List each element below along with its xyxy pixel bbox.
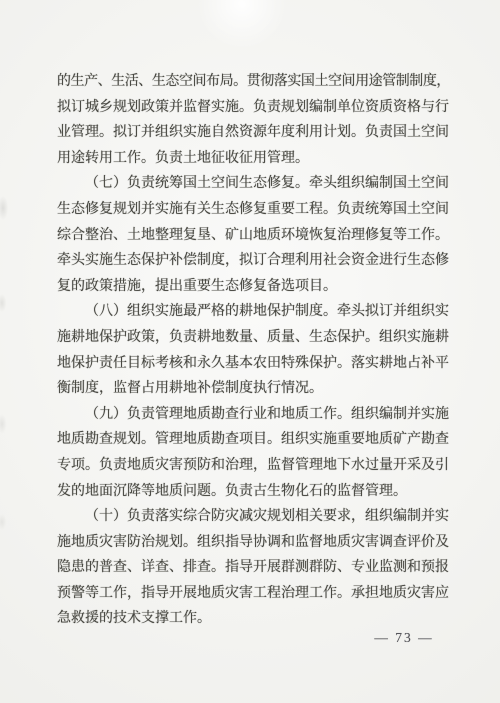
text-line: 牵头实施生态保护补偿制度，拟订合理利用社会资金进行生态修	[57, 248, 453, 274]
text-line: 发的地面沉降等地质问题。负责古生物化石的监督管理。	[57, 479, 453, 505]
paragraph-continuation: 的生产、生活、生态空间布局。贯彻落实国土空间用途管制制度， 拟订城乡规划政策并监…	[57, 69, 453, 171]
text-line: 业管理。拟订并组织实施自然资源年度利用计划。负责国土空间	[57, 120, 453, 146]
page-number: — 73 —	[354, 629, 454, 647]
text-line: 施耕地保护政策，负责耕地数量、质量、生态保护。组织实施耕	[57, 325, 453, 351]
paragraph-item-10: （十）负责落实综合防灾减灾规划相关要求，组织编制并实 施地质灾害防治规划。组织指…	[57, 504, 453, 632]
text-line: 地保护责任目标考核和永久基本农田特殊保护。落实耕地占补平	[57, 351, 453, 377]
paragraph-item-8: （八）组织实施最严格的耕地保护制度。牵头拟订并组织实 施耕地保护政策，负责耕地数…	[57, 299, 453, 401]
text-line: 用途转用工作。负责土地征收征用管理。	[57, 146, 453, 172]
text-line: （七）负责统筹国土空间生态修复。牵头组织编制国土空间	[57, 171, 453, 197]
text-line: 复的政策措施，提出重要生态修复备选项目。	[57, 274, 453, 300]
text-line: 的生产、生活、生态空间布局。贯彻落实国土空间用途管制制度，	[57, 69, 453, 95]
text-line: 地质勘查规划。管理地质勘查项目。组织实施重要地质矿产勘查	[57, 427, 453, 453]
text-line: 专项。负责地质灾害预防和治理，监督管理地下水过量开采及引	[57, 453, 453, 479]
document-text-block: 的生产、生活、生态空间布局。贯彻落实国土空间用途管制制度， 拟订城乡规划政策并监…	[57, 69, 453, 632]
text-line: 隐患的普查、详查、排查。指导开展群测群防、专业监测和预报	[57, 555, 453, 581]
scanned-document-page: 的生产、生活、生态空间布局。贯彻落实国土空间用途管制制度， 拟订城乡规划政策并监…	[0, 0, 500, 703]
paragraph-item-7: （七）负责统筹国土空间生态修复。牵头组织编制国土空间 生态修复规划并实施有关生态…	[57, 171, 453, 299]
text-line: 生态修复规划并实施有关生态修复重要工程。负责统筹国土空间	[57, 197, 453, 223]
text-line: （十）负责落实综合防灾减灾规划相关要求，组织编制并实	[57, 504, 453, 530]
text-line: 预警等工作，指导开展地质灾害工程治理工作。承担地质灾害应	[57, 581, 453, 607]
text-line: 衡制度，监督占用耕地补偿制度执行情况。	[57, 376, 453, 402]
text-line: （九）负责管理地质勘查行业和地质工作。组织编制并实施	[57, 402, 453, 428]
text-line: 施地质灾害防治规划。组织指导协调和监督地质灾害调查评价及	[57, 530, 453, 556]
text-line: （八）组织实施最严格的耕地保护制度。牵头拟订并组织实	[57, 299, 453, 325]
paragraph-item-9: （九）负责管理地质勘查行业和地质工作。组织编制并实施 地质勘查规划。管理地质勘查…	[57, 402, 453, 504]
text-line: 综合整治、土地整理复垦、矿山地质环境恢复治理修复等工作。	[57, 223, 453, 249]
text-line: 拟订城乡规划政策并监督实施。负责规划编制单位资质资格与行	[57, 95, 453, 121]
